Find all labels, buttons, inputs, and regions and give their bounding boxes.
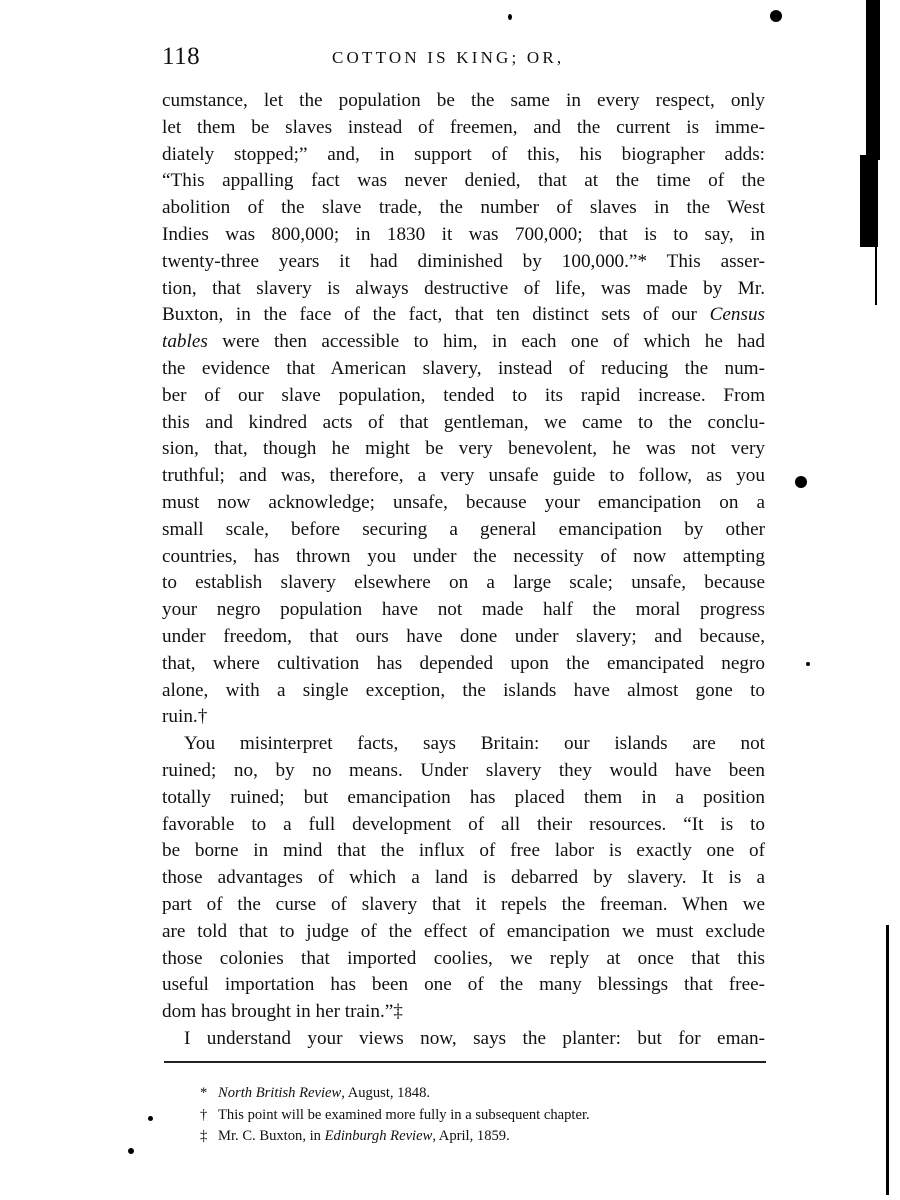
- text-line: totally ruined; but emancipation has pla…: [162, 785, 765, 812]
- book-page: 118 COTTON IS KING; OR, cumstance, let t…: [0, 0, 900, 1200]
- text-line: twenty-three years it had diminished by …: [162, 249, 765, 276]
- footnote-asterisk: *North British Review, August, 1848.: [200, 1083, 780, 1105]
- text-run: were then accessible to him, in each one…: [208, 331, 765, 352]
- scan-edge-line: [875, 245, 877, 305]
- text-line: ruined; no, by no means. Under slavery t…: [162, 758, 765, 785]
- text-line: diately stopped;” and, in support of thi…: [162, 142, 765, 169]
- footnote-dagger: †This point will be examined more fully …: [200, 1105, 780, 1127]
- scan-speck: [148, 1116, 153, 1121]
- scan-edge-shadow: [860, 155, 878, 247]
- page-number: 118: [162, 42, 200, 72]
- footnotes: *North British Review, August, 1848. †Th…: [200, 1083, 780, 1148]
- text-line: be borne in mind that the influx of free…: [162, 838, 765, 865]
- text-line: this and kindred acts of that gentleman,…: [162, 410, 765, 437]
- text-line: cumstance, let the population be the sam…: [162, 88, 765, 115]
- text-line: those advantages of which a land is deba…: [162, 865, 765, 892]
- text-line: your negro population have not made half…: [162, 597, 765, 624]
- text-line: let them be slaves instead of freemen, a…: [162, 115, 765, 142]
- text-line: part of the curse of slavery that it rep…: [162, 892, 765, 919]
- text-line: truthful; and was, therefore, a very uns…: [162, 463, 765, 490]
- text-line: must now acknowledge; unsafe, because yo…: [162, 490, 765, 517]
- page-header: 118 COTTON IS KING; OR,: [162, 42, 765, 72]
- text-line: under freedom, that ours have done under…: [162, 624, 765, 651]
- scan-edge-line: [886, 925, 889, 1195]
- body-text: cumstance, let the population be the sam…: [162, 88, 765, 1053]
- text-line: are told that to judge of the effect of …: [162, 919, 765, 946]
- text-line: sion, that, though he might be very bene…: [162, 436, 765, 463]
- footnote-mark: *: [200, 1083, 218, 1105]
- text-line: abolition of the slave trade, the number…: [162, 195, 765, 222]
- footnote-source-title: Edinburgh Review: [325, 1128, 433, 1144]
- scan-edge-shadow: [866, 0, 880, 160]
- paragraph-start-line: You misinterpret facts, says Britain: ou…: [162, 731, 765, 758]
- text-line: alone, with a single exception, the isla…: [162, 678, 765, 705]
- text-line: dom has brought in her train.”‡: [162, 999, 765, 1026]
- scan-speck: [770, 10, 782, 22]
- text-line: countries, has thrown you under the nece…: [162, 544, 765, 571]
- scan-speck: [128, 1148, 134, 1154]
- footnote-text: This point will be examined more fully i…: [218, 1107, 590, 1123]
- footnote-mark: ‡: [200, 1126, 218, 1148]
- text-line: that, where cultivation has depended upo…: [162, 651, 765, 678]
- text-line: “This appalling fact was never denied, t…: [162, 168, 765, 195]
- text-line: ber of our slave population, tended to i…: [162, 383, 765, 410]
- footnote-divider: [164, 1061, 766, 1063]
- text-line: the evidence that American slavery, inst…: [162, 356, 765, 383]
- scan-speck: [806, 662, 810, 666]
- footnote-mark: †: [200, 1105, 218, 1127]
- text-line: tables were then accessible to him, in e…: [162, 329, 765, 356]
- italic-term-census: Census: [710, 304, 765, 325]
- text-line: Indies was 800,000; in 1830 it was 700,0…: [162, 222, 765, 249]
- text-line: to establish slavery elsewhere on a larg…: [162, 570, 765, 597]
- text-line: favorable to a full development of all t…: [162, 812, 765, 839]
- footnote-text: , April, 1859.: [432, 1128, 509, 1144]
- text-line: ruin.†: [162, 704, 765, 731]
- scan-speck: [508, 14, 512, 20]
- running-title: COTTON IS KING; OR,: [332, 46, 564, 70]
- paragraph-start-line: I understand your views now, says the pl…: [162, 1026, 765, 1053]
- text-run: Buxton, in the face of the fact, that te…: [162, 304, 710, 325]
- text-line: those colonies that imported coolies, we…: [162, 946, 765, 973]
- footnote-double-dagger: ‡Mr. C. Buxton, in Edinburgh Review, Apr…: [200, 1126, 780, 1148]
- footnote-text: , August, 1848.: [341, 1085, 430, 1101]
- text-line: useful importation has been one of the m…: [162, 972, 765, 999]
- text-line: small scale, before securing a general e…: [162, 517, 765, 544]
- text-line: Buxton, in the face of the fact, that te…: [162, 302, 765, 329]
- text-line: tion, that slavery is always destructive…: [162, 276, 765, 303]
- footnote-text: Mr. C. Buxton, in: [218, 1128, 325, 1144]
- italic-term-tables: tables: [162, 331, 208, 352]
- scan-speck: [795, 476, 807, 488]
- footnote-source-title: North British Review: [218, 1085, 341, 1101]
